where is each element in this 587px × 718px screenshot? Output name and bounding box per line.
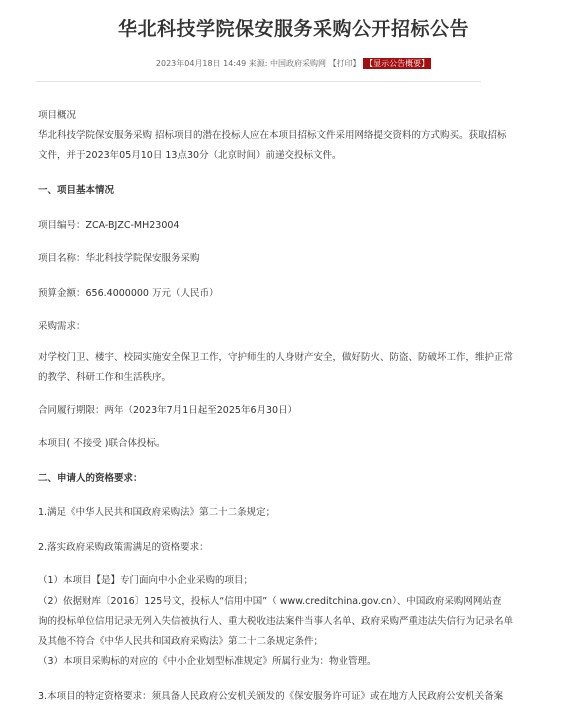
requirement-subitem: （2）依据财库〔2016〕125号文，投标人“信用中国”（ www.credit… [38,595,501,609]
article-meta: 2023年04月18日 14:49 来源: 中国政府采购网 【打印】 【显示公告… [0,58,587,70]
publish-datetime: 2023年04月18日 14:49 [156,59,246,68]
project-number: 项目编号：ZCA-BJZC-MH23004 [38,219,179,233]
section-heading: 二、申请人的资格要求： [38,472,143,486]
contract-period: 合同履行期限：两年（2023年7月1日起至2025年6月30日） [38,404,297,418]
requirement-item: 1.满足《中华人民共和国政府采购法》第二十二条规定； [38,506,275,520]
print-link[interactable]: 【打印】 [329,59,361,68]
requirements-text: 的教学、科研工作和生活秩序。 [38,371,171,385]
budget: 预算金额：656.4000000 万元（人民币） [38,287,218,301]
requirement-subitem: （3）本项目采购标的对应的《中小企业划型标准规定》所属行业为：物业管理。 [38,655,377,669]
requirements-text: 对学校门卫、楼宇、校园实施安全保卫工作，守护师生的人身财产安全，做好防火、防盗、… [38,351,513,365]
requirement-item: 2.落实政府采购政策需满足的资格要求： [38,541,209,555]
requirement-item: 3.本项目的特定资格要求：须具备人民政府公安机关颁发的《保安服务许可证》或在地方… [38,690,503,704]
source-label: 来源: [249,59,268,68]
source-name: 中国政府采购网 [270,59,326,68]
requirement-subitem: （1）本项目【是】专门面向中小企业采购的项目； [38,574,253,588]
consortium-note: 本项目( 不接受 )联合体投标。 [38,437,165,451]
overview-text: 华北科技学院保安服务采购 招标项目的潜在投标人应在本项目招标文件采用网络提交资料… [38,129,507,143]
section-heading: 一、项目基本情况 [38,184,114,198]
requirement-subitem: 及其他不符合《中华人民共和国政府采购法》第二十二条规定条件； [38,635,323,649]
article-title: 华北科技学院保安服务采购公开招标公告 [0,14,587,41]
overview-text: 文件，并于2023年05月10日 13点30分（北京时间）前递交投标文件。 [38,149,342,163]
requirement-subitem: 询的投标单位信用记录无列入失信被执行人、重大税收违法案件当事人名单、政府采购严重… [38,615,513,629]
project-name: 项目名称：华北科技学院保安服务采购 [38,252,200,266]
show-summary-button[interactable]: 【显示公告概要】 [363,58,431,69]
requirements-label: 采购需求： [38,320,86,334]
divider [36,81,481,82]
overview-heading: 项目概况 [38,109,76,123]
